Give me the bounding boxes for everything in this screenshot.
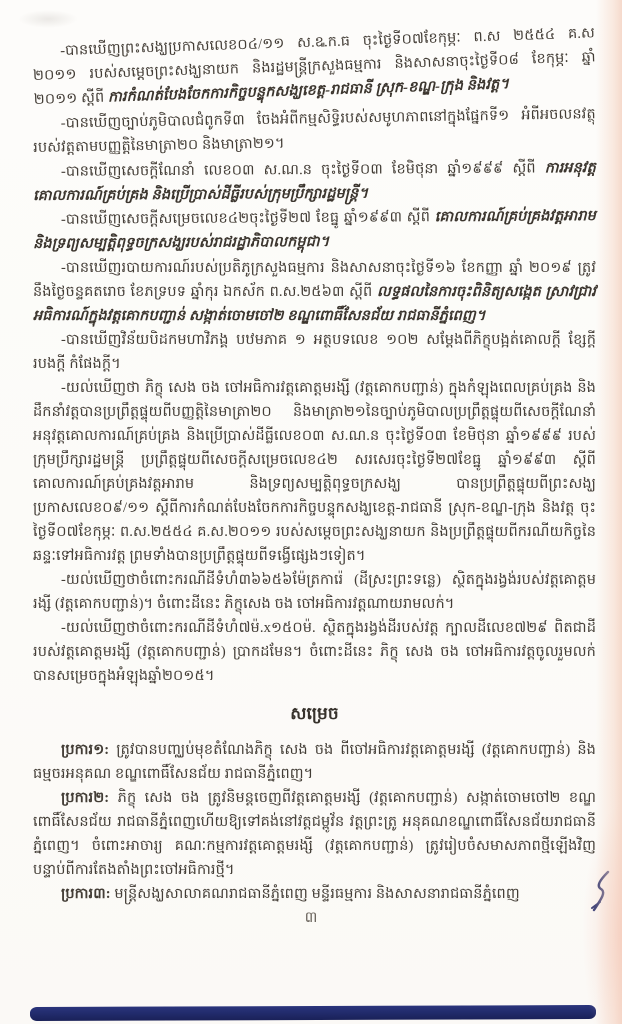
paragraph: -បានឃើញច្បាប់ភូមិបាលជំពូកទី៣ ចែងអំពីកម្ម… xyxy=(33,112,596,160)
paragraph: -យល់ឃើញថា ភិក្ខុ សេង ចង ចៅអធិការវត្តគោត្… xyxy=(33,376,596,568)
page-number: ៣ xyxy=(0,908,622,930)
paragraph-text: -បានឃើញវិន័យបិដកមហាវិភង្គ បឋមភាគ ១ អត្ថប… xyxy=(33,332,596,372)
paragraph: -បានឃើញសេចក្តីណែនាំ លេខ០៣ ស.ណ.ន ចុះថ្ងៃទ… xyxy=(33,160,596,208)
article-label: ប្រការ១: xyxy=(61,742,109,758)
paragraph-text: -យល់ឃើញថាចំពោះករណីដីទំហំ៧ម៉.x១៥០ម៉. ស្ថិ… xyxy=(33,620,596,684)
article-text: ភិក្ខុ សេង ចង ត្រូវនិមន្តចេញពីវត្តគោត្តម… xyxy=(33,790,596,878)
article-2: ប្រការ២: ភិក្ខុ សេង ចង ត្រូវនិមន្តចេញពីវ… xyxy=(33,786,596,882)
paragraph: -បានឃើញរបាយការណ៍របស់ប្រតិភូក្រសួងធម្មការ… xyxy=(33,256,596,328)
article-text: មន្ត្រីសង្ឃសាលាគណរាជធានីភ្នំពេញ មន្ទីរធម… xyxy=(111,886,520,902)
document-page: -បានឃើញព្រះសង្ឃប្រកាសលេខ០៤/១១ ស.ឩ.ក.ធ ចុ… xyxy=(0,0,622,1024)
article-label: ប្រការ២: xyxy=(61,790,109,806)
paragraph: -យល់ឃើញថាចំពោះករណីដីទំហំ៣៦៦៥៦ម៉ែត្រការ៉េ… xyxy=(33,568,596,616)
paragraph-text: -បានឃើញសេចក្តីសម្រេចលេខ៤២ចុះថ្ងៃទី២៧ ខែធ… xyxy=(61,209,435,228)
paragraph-text: -យល់ឃើញថា ភិក្ខុ សេង ចង ចៅអធិការវត្តគោត្… xyxy=(33,380,596,564)
decision-heading: សម្រេច xyxy=(33,702,596,726)
paragraph-text: -យល់ឃើញថាចំពោះករណីដីទំហំ៣៦៦៥៦ម៉ែត្រការ៉េ… xyxy=(33,572,596,612)
paragraph-text: -បានឃើញសេចក្តីណែនាំ លេខ០៣ ស.ណ.ន ចុះថ្ងៃទ… xyxy=(61,160,545,179)
scan-bottom-bar xyxy=(30,1005,596,1021)
paragraph: -បានឃើញវិន័យបិដកមហាវិភង្គ បឋមភាគ ១ អត្ថប… xyxy=(33,328,596,376)
scan-smudge xyxy=(18,10,78,28)
article-3: ប្រការ៣: មន្ត្រីសង្ឃសាលាគណរាជធានីភ្នំពេញ… xyxy=(33,882,596,906)
reference-title: ការកំណត់បែងចែកការកិច្ចបន្ទុកសង្ឃខេត្ត-រា… xyxy=(108,76,510,105)
paragraph: -យល់ឃើញថាចំពោះករណីដីទំហំ៧ម៉.x១៥០ម៉. ស្ថិ… xyxy=(33,616,596,688)
paragraph: -បានឃើញព្រះសង្ឃប្រកាសលេខ០៤/១១ ស.ឩ.ក.ធ ចុ… xyxy=(33,40,596,112)
article-text: ត្រូវបានបញ្ឈប់មុខតំណែងភិក្ខុ សេង ចង ពីចៅ… xyxy=(33,742,596,782)
document-body: -បានឃើញព្រះសង្ឃប្រកាសលេខ០៤/១១ ស.ឩ.ក.ធ ចុ… xyxy=(33,40,596,906)
paragraph: -បានឃើញសេចក្តីសម្រេចលេខ៤២ចុះថ្ងៃទី២៧ ខែធ… xyxy=(33,208,596,256)
article-1: ប្រការ១: ត្រូវបានបញ្ឈប់មុខតំណែងភិក្ខុ សេ… xyxy=(33,738,596,786)
article-label: ប្រការ៣: xyxy=(61,886,111,902)
paragraph-text: -បានឃើញច្បាប់ភូមិបាលជំពូកទី៣ ចែងអំពីកម្ម… xyxy=(33,106,596,156)
